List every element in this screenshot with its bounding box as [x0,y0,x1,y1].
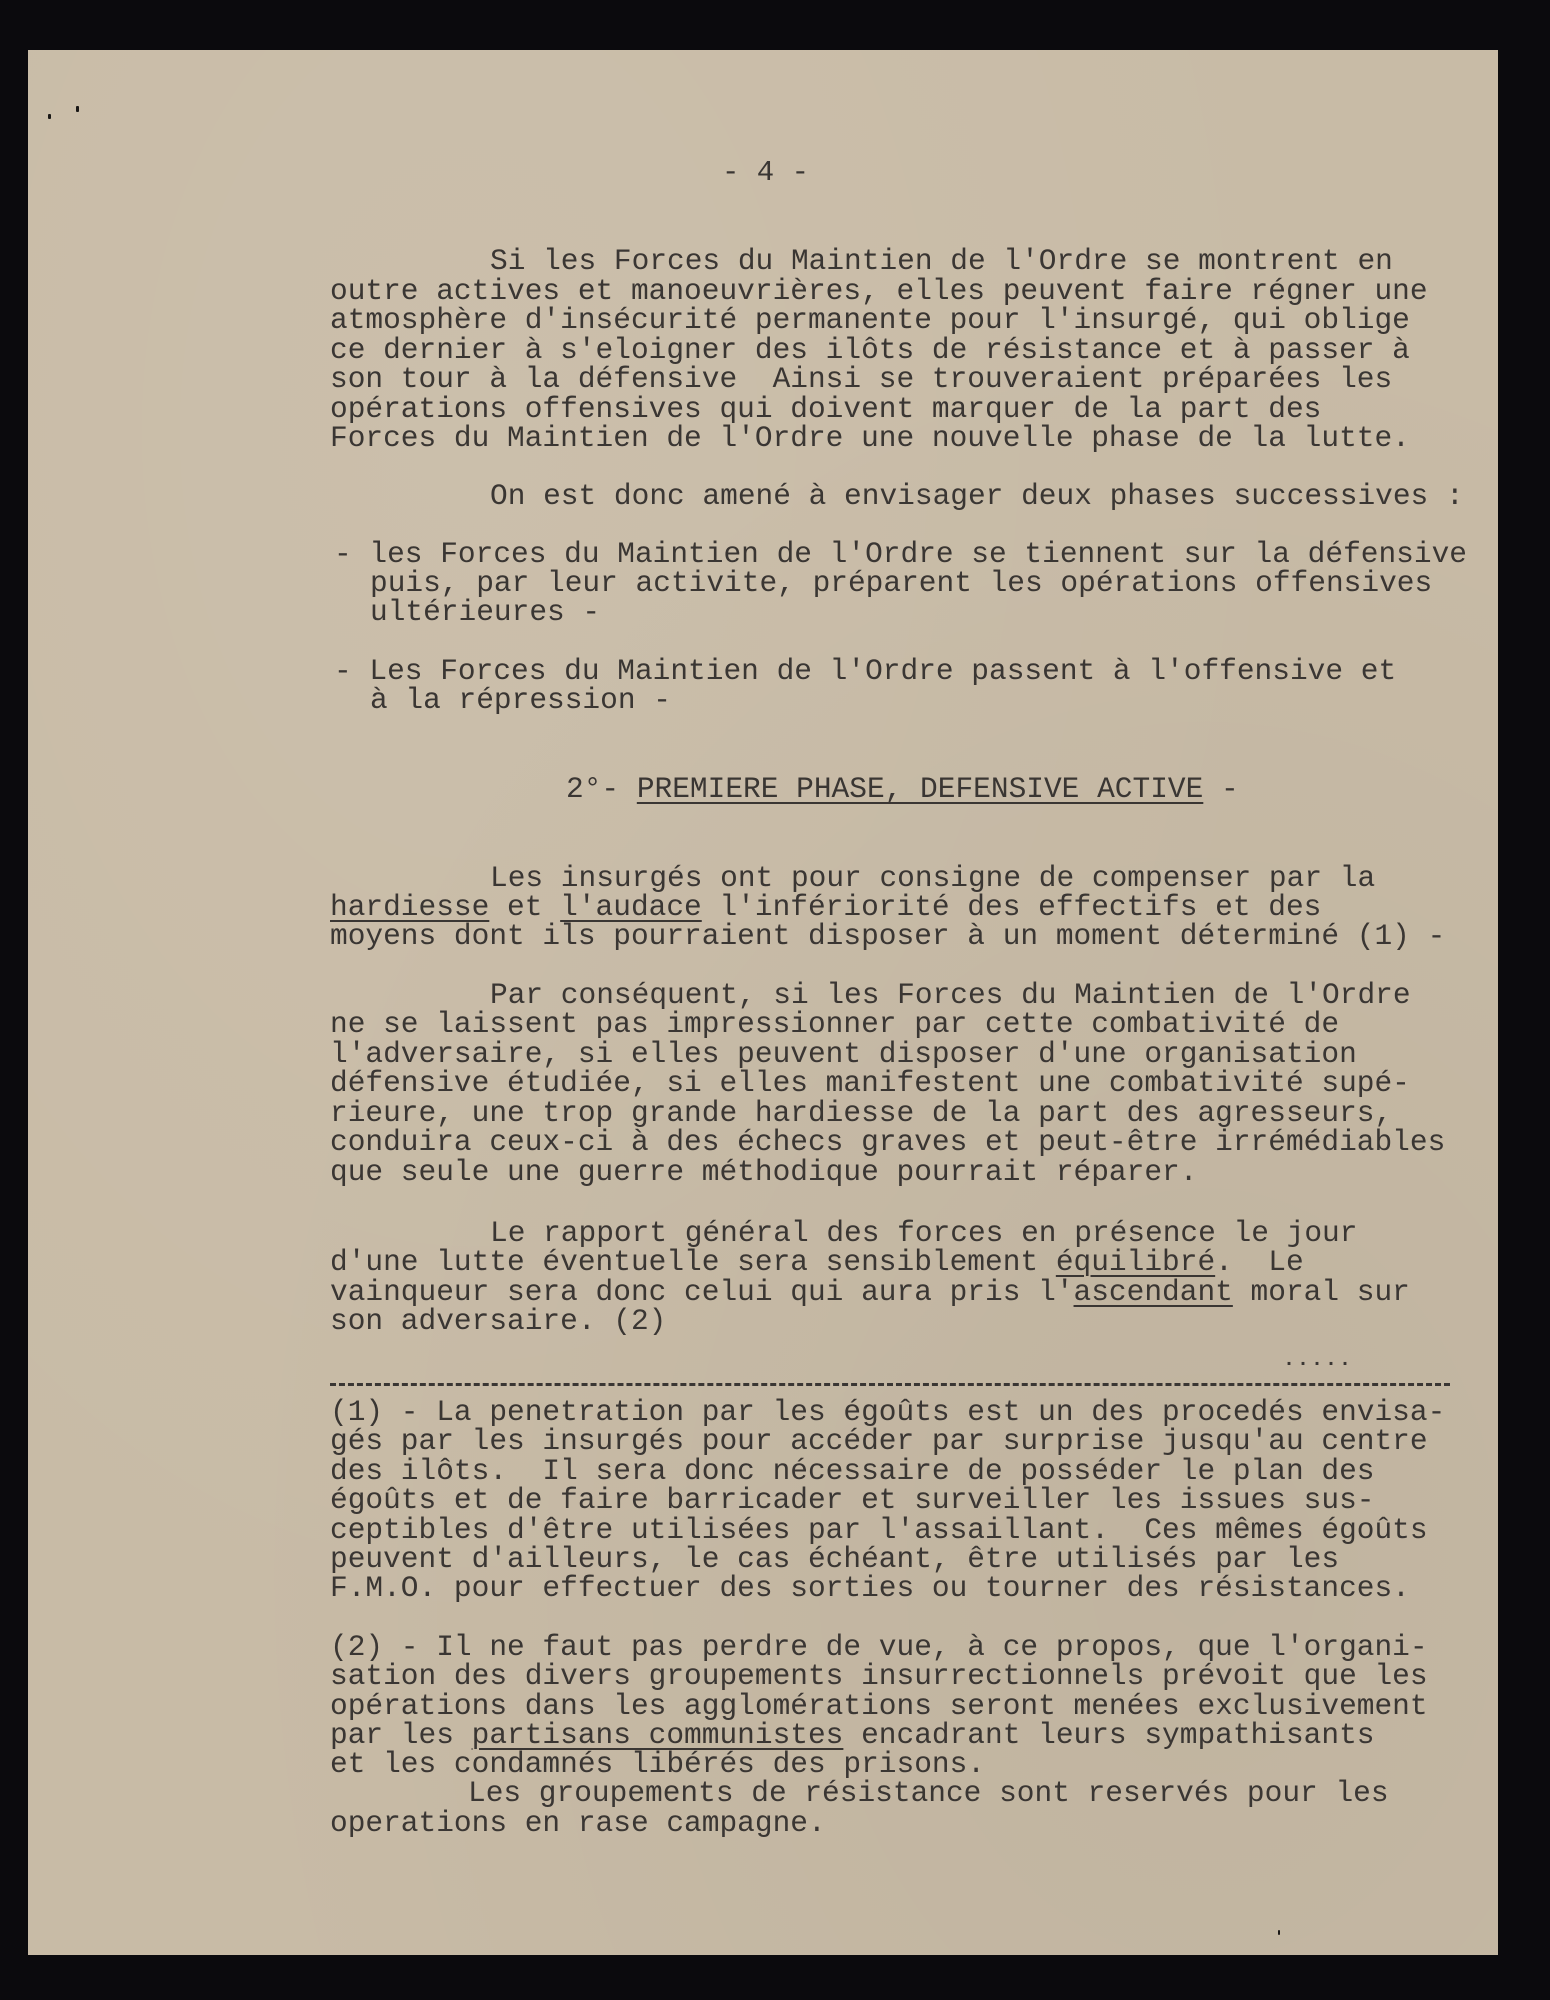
bullet-line: puis, par leur activite, préparent les o… [370,568,1432,598]
footnote-line: opérations dans les agglomérations seron… [330,1691,1428,1721]
paragraph-line: Les insurgés ont pour consigne de compen… [490,863,1375,893]
paragraph-line: On est donc amené à envisager deux phase… [490,481,1464,511]
paper-speck [76,106,79,112]
paragraph-line: son tour à la défensive Ainsi se trouver… [330,364,1392,394]
underlined-word: équilibré [1056,1245,1215,1279]
footnote-line: (1) - La penetration par les égoûts est … [330,1397,1445,1427]
page-number: - 4 - [722,158,809,188]
bullet-line: - les Forces du Maintien de l'Ordre se t… [334,539,1467,569]
underlined-word: ascendant [1074,1275,1233,1309]
footnote-line: operations en rase campagne. [330,1808,826,1838]
heading-suffix: - [1203,772,1238,806]
text-span: moral sur [1233,1275,1410,1309]
paragraph-line: ne se laissent pas impressionner par cet… [330,1009,1339,1039]
continuation-dots: ..... [1283,1346,1353,1376]
paragraph-line: outre actives et manoeuvrières, elles pe… [330,276,1428,306]
paragraph-line: atmosphère d'insécurité permanente pour … [330,305,1410,335]
paragraph-line: hardiesse et l'audace l'infériorité des … [330,892,1321,922]
paragraph-line: ce dernier à s'eloigner des ilôts de rés… [330,335,1410,365]
paragraph-line: Si les Forces du Maintien de l'Ordre se … [490,246,1393,276]
paragraph-line: Le rapport général des forces en présenc… [490,1218,1357,1248]
text-span: . Le [1215,1245,1304,1279]
paragraph-line: opérations offensives qui doivent marque… [330,394,1321,424]
paragraph-line: l'adversaire, si elles peuvent disposer … [330,1039,1357,1069]
footnote-line: (2) - Il ne faut pas perdre de vue, à ce… [330,1632,1428,1662]
footnote-line: Les groupements de résistance sont reser… [468,1778,1389,1808]
footnote-line: peuvent d'ailleurs, le cas échéant, être… [330,1544,1339,1574]
footnote-separator [330,1383,1450,1386]
paragraph-line: Forces du Maintien de l'Ordre une nouvel… [330,423,1410,453]
bullet-line: à la répression - [370,685,671,715]
paragraph-line: d'une lutte éventuelle sera sensiblement… [330,1247,1304,1277]
footnote-line: F.M.O. pour effectuer des sorties ou tou… [330,1573,1410,1603]
paper-speck [1278,1930,1280,1935]
footnote-line: des ilôts. Il sera donc nécessaire de po… [330,1456,1374,1486]
section-heading: 2°- PREMIERE PHASE, DEFENSIVE ACTIVE - [566,774,1239,804]
bullet-line: ultérieures - [370,597,600,627]
text-span: d'une lutte éventuelle sera sensiblement [330,1245,1056,1279]
paragraph-line: défensive étudiée, si elles manifestent … [330,1068,1410,1098]
footnote-line: et les condamnés libérés des prisons. [330,1749,985,1779]
heading-title: PREMIERE PHASE, DEFENSIVE ACTIVE [637,772,1204,806]
bullet-line: - Les Forces du Maintien de l'Ordre pass… [334,656,1396,686]
heading-prefix: 2°- [566,772,637,806]
footnote-line: sation des divers groupements insurrecti… [330,1661,1428,1691]
paper-speck [48,114,51,119]
paragraph-line: Par conséquent, si les Forces du Maintie… [490,980,1411,1010]
paragraph-line: vainqueur sera donc celui qui aura pris … [330,1277,1410,1307]
footnote-line: ceptibles d'être utilisées par l'assaill… [330,1515,1428,1545]
paragraph-line: rieure, une trop grande hardiesse de la … [330,1098,1392,1128]
paragraph-line: son adversaire. (2) [330,1306,666,1336]
footnote-line: égoûts et de faire barricader et surveil… [330,1485,1374,1515]
footnote-line: gés par les insurgés pour accéder par su… [330,1426,1428,1456]
paragraph-line: moyens dont ils pourraient disposer à un… [330,921,1445,951]
paragraph-line: que seule une guerre méthodique pourrait… [330,1157,1197,1187]
footnote-line: par les partisans communistes encadrant … [330,1720,1374,1750]
paragraph-line: conduira ceux-ci à des échecs graves et … [330,1127,1445,1157]
